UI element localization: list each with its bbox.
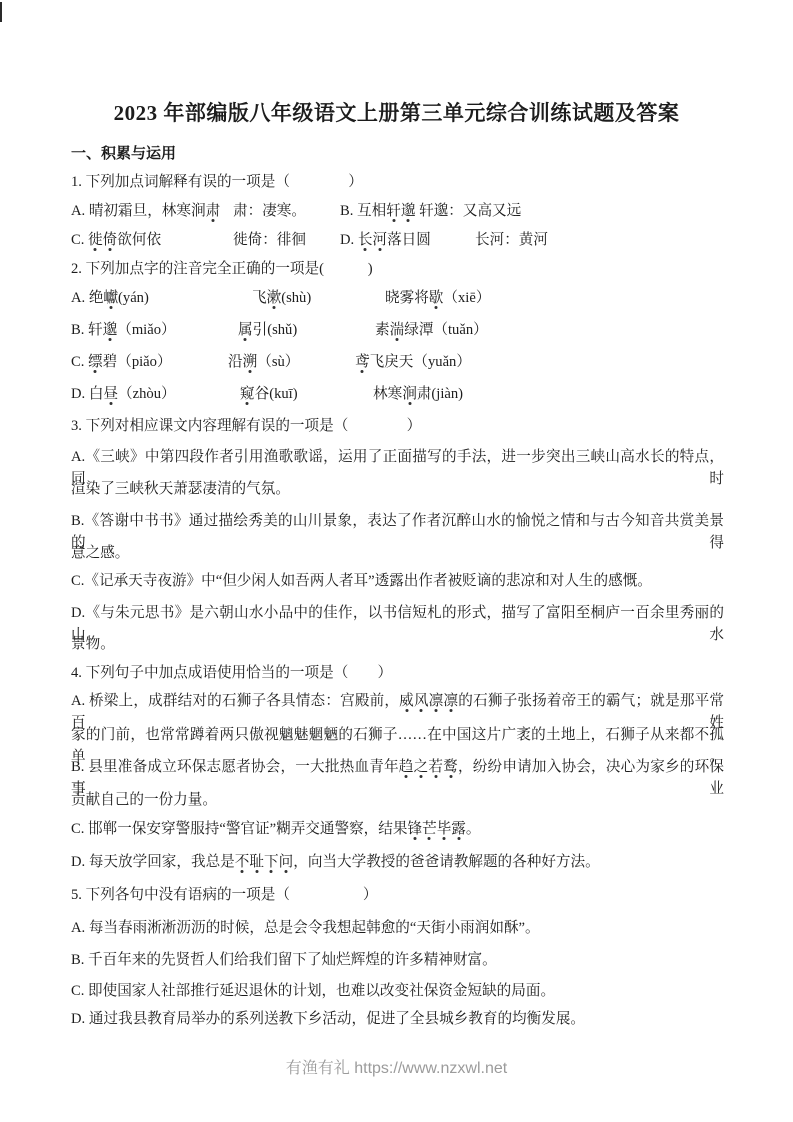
q4-option-b-line-2: 贡献自己的一份力量。 xyxy=(71,789,724,811)
q1-option-a: A. 晴初霜旦，林寒涧肃 xyxy=(71,200,220,222)
q3-option-a-line-1: A.《三峡》中第四段作者引用渔歌歌谣，运用了正面描写的手法，进一步突出三峡山高水… xyxy=(71,446,724,468)
q2-d-word-1: D. 白昼（zhòu） xyxy=(71,383,176,405)
q2-b-word-1: B. 轩邈（miǎo） xyxy=(71,319,176,341)
q3-option-d-line-2: 景物。 xyxy=(71,633,724,655)
q2-d-word-3: 林寒涧肃(jiàn) xyxy=(373,383,463,405)
question-1-options-row-2: C. 徙倚欲何依 徙倚：徘徊 D. 长河落日圆 长河：黄河 xyxy=(71,229,724,251)
question-5-stem: 5. 下列各句中没有语病的一项是（ ） xyxy=(71,884,724,906)
q4-option-d: D. 每天放学回家，我总是不耻下问，向当大学教授的爸爸请教解题的各种好方法。 xyxy=(71,851,724,873)
q2-c-word-3: 鸢飞戾天（yuǎn） xyxy=(355,351,471,373)
q3-option-a-line-2: 渲染了三峡秋天萧瑟凄清的气氛。 xyxy=(71,478,724,500)
q5-option-b: B. 千百年来的先贤哲人们给我们留下了灿烂辉煌的许多精神财富。 xyxy=(71,949,724,971)
q5-option-a: A. 每当春雨淅淅沥沥的时候，总是会令我想起韩愈的“天街小雨润如酥”。 xyxy=(71,917,724,939)
q2-c-word-2: 沿溯（sù） xyxy=(228,351,299,373)
q2-a-word-2: 飞漱(shù) xyxy=(252,287,311,309)
q1-option-c: C. 徙倚欲何依 xyxy=(71,229,161,251)
q3-option-c: C.《记承天寺夜游》中“但少闲人如吾两人者耳”透露出作者被贬谪的悲凉和对人生的感… xyxy=(71,570,724,592)
q3-option-d-line-1: D.《与朱元思书》是六朝山水小品中的佳作，以书信短札的形式，描写了富阳至桐庐一百… xyxy=(71,602,724,624)
section-heading: 一、积累与运用 xyxy=(71,143,724,165)
page-title: 2023 年部编版八年级语文上册第三单元综合训练试题及答案 xyxy=(0,99,793,127)
question-4-stem: 4. 下列句子中加点成语使用恰当的一项是（ ） xyxy=(71,662,724,684)
q4-option-a-line-2: 家的门前，也常常蹲着两只傲视魑魅魍魉的石狮子……在中国这片广袤的土地上，石狮子从… xyxy=(71,724,724,746)
scan-artifact-mark xyxy=(0,2,2,22)
question-1-options-row-1: A. 晴初霜旦，林寒涧肃 肃：凄寒。 B. 互相轩邈 轩邈：又高又远 xyxy=(71,200,724,222)
q2-b-word-3: 素湍绿潭（tuǎn） xyxy=(375,319,488,341)
q2-d-word-2: 窥谷(kuī) xyxy=(240,383,298,405)
q4-option-b-line-1: B. 县里准备成立环保志愿者协会，一大批热血青年趋之若鹜，纷纷申请加入协会，决心… xyxy=(71,756,724,778)
q1-option-a-gloss: 肃：凄寒。 xyxy=(233,200,306,222)
q2-a-word-1: A. 绝巘(yán) xyxy=(71,287,149,309)
q1-option-d: D. 长河落日圆 xyxy=(340,229,431,251)
q2-b-word-2: 属引(shǔ) xyxy=(238,319,297,341)
watermark-footer: 有渔有礼 https://www.nzxwl.net xyxy=(0,1058,793,1080)
q2-c-word-1: C. 缥碧（piǎo） xyxy=(71,351,172,373)
q1-option-b: B. 互相轩邈 轩邈：又高又远 xyxy=(340,200,521,222)
q1-option-c-gloss: 徙倚：徘徊 xyxy=(233,229,306,251)
q5-option-d: D. 通过我县教育局举办的系列送教下乡活动，促进了全县城乡教育的均衡发展。 xyxy=(71,1008,724,1030)
question-1-stem: 1. 下列加点词解释有误的一项是（ ） xyxy=(71,171,724,193)
q3-option-b-line-1: B.《答谢中书书》通过描绘秀美的山川景象，表达了作者沉醉山水的愉悦之情和与古今知… xyxy=(71,510,724,532)
question-2-option-d: D. 白昼（zhòu） 窥谷(kuī) 林寒涧肃(jiàn) xyxy=(71,383,724,405)
q2-a-word-3: 晓雾将歇（xiē） xyxy=(385,287,490,309)
q4-option-a-line-1: A. 桥梁上，成群结对的石狮子各具情态：宫殿前，威风凛凛的石狮子张扬着帝王的霸气… xyxy=(71,690,724,712)
question-3-stem: 3. 下列对相应课文内容理解有误的一项是（ ） xyxy=(71,415,724,437)
q5-option-c: C. 即使国家人社部推行延迟退休的计划，也难以改变社保资金短缺的局面。 xyxy=(71,980,724,1002)
question-2-option-a: A. 绝巘(yán) 飞漱(shù) 晓雾将歇（xiē） xyxy=(71,287,724,309)
q3-option-b-line-2: 意之感。 xyxy=(71,542,724,564)
question-2-option-c: C. 缥碧（piǎo） 沿溯（sù） 鸢飞戾天（yuǎn） xyxy=(71,351,724,373)
question-2-option-b: B. 轩邈（miǎo） 属引(shǔ) 素湍绿潭（tuǎn） xyxy=(71,319,724,341)
question-2-stem: 2. 下列加点字的注音完全正确的一项是( ) xyxy=(71,258,724,280)
q4-option-c: C. 邯郸一保安穿警服持“警官证”糊弄交通警察，结果锋芒毕露。 xyxy=(71,818,724,840)
q1-option-d-gloss: 长河：黄河 xyxy=(475,229,548,251)
